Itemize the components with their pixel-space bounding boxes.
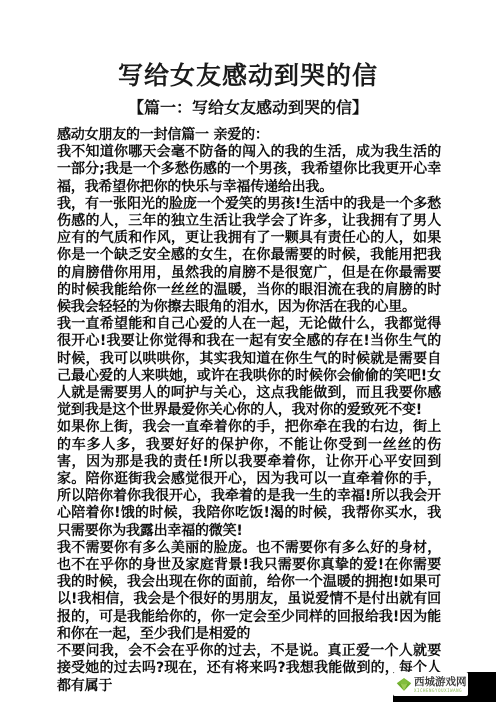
letter-paragraph: 我不知道你哪天会毫不防备的闯入的我的生活，成为我生活的一部分;我是一个多愁伤感的… [57, 144, 441, 196]
site-watermark: 西城游戏网 XICHENGYOUXIWANG [393, 672, 468, 696]
letter-paragraph: 我，有一张阳光的脸庞一个爱笑的男孩!生活中的我是一个多愁伤感的人，三年的独立生活… [57, 196, 441, 316]
site-logo-leaf-icon [396, 677, 412, 692]
letter-paragraph: 不要问我，会不会在乎你的过去，不是说。真正爱一个人就要接受她的过去吗?现在，还有… [57, 643, 441, 695]
letter-paragraph: 我一直希望能和自己心爱的人在一起，无论做什么，我都觉得很开心!我要让你觉得和我在… [57, 316, 441, 419]
page-subtitle: 【篇一：写给女友感动到哭的信】 [0, 95, 496, 118]
letter-paragraph: 如果你上街，我会一直牵着你的手，把你牵在我的右边，街上的车多人多，我要好好的保护… [57, 419, 441, 539]
letter-paragraph: 我不需要你有多么美丽的脸庞。也不需要你有多么好的身材，也不在乎你的身世及家庭背景… [57, 540, 441, 643]
letter-paragraph: 感动女朋友的一封信篇一 亲爱的： [57, 127, 441, 144]
document-page: 写给女友感动到哭的信 【篇一：写给女友感动到哭的信】 感动女朋友的一封信篇一 亲… [0, 0, 496, 702]
watermark-corner-block: 西城游戏网 XICHENGYOUXIWANG [393, 672, 496, 702]
site-tagline: XICHENGYOUXIWANG [414, 688, 467, 693]
site-name: 西城游戏网 [414, 676, 467, 688]
letter-body: 感动女朋友的一封信篇一 亲爱的：我不知道你哪天会毫不防备的闯入的我的生活，成为我… [57, 127, 441, 695]
site-watermark-text: 西城游戏网 XICHENGYOUXIWANG [414, 676, 467, 693]
page-title: 写给女友感动到哭的信 [0, 56, 496, 92]
